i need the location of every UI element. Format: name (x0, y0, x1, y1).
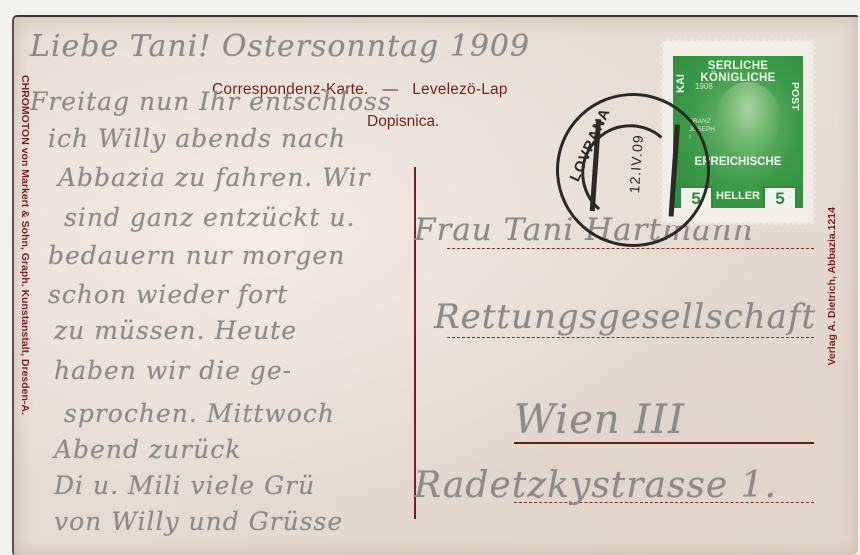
message-line: Di u. Mili viele Grü (54, 471, 315, 500)
address-line-1-rule (447, 248, 814, 249)
stamp-left-text: KAI (675, 74, 687, 93)
stamp-right-text: POST (789, 82, 801, 111)
message-line: zu müssen. Heute (54, 316, 297, 345)
address-line-2-rule (447, 337, 814, 338)
message-line: haben wir die ge- (54, 356, 292, 385)
printer-imprint: CHROMOTON von Markert & Sohn, Graph. Kun… (19, 75, 31, 415)
stamp-year: 1908 (695, 82, 713, 91)
stamp-value-right: 5 (763, 186, 797, 208)
message-line: Abbazia zu fahren. Wir (58, 163, 370, 192)
message-line: Freitag nun Ihr entschloss (30, 87, 392, 116)
address-institution: Rettungsgesellschaft (434, 297, 816, 337)
message-line: von Willy und Grüsse (54, 507, 343, 536)
stamp-denomination: HELLER (713, 190, 763, 202)
message-line: schon wieder fort (48, 280, 288, 309)
title-hungarian: Levelezö-Lap (412, 81, 507, 99)
address-city: Wien III (514, 397, 685, 443)
stamp-top-text: SERLICHE KÖNIGLICHE (673, 60, 803, 84)
message-line: Abend zurück (54, 435, 241, 464)
message-line: bedauern nur morgen (48, 241, 345, 270)
publisher-imprint: Verlag A. Dietrich, Abbazia.1214 (826, 207, 838, 366)
emperor-portrait-icon (715, 82, 781, 160)
message-line: sind ganz entzückt u. (64, 203, 355, 232)
postcard: Correspondenz-Karte.—Levelezö-Lap Dopisn… (12, 15, 858, 555)
message-line: ich Willy abends nach (48, 124, 346, 153)
message-line: sprochen. Mittwoch (64, 399, 335, 428)
message-line: Liebe Tani! Ostersonntag 1909 (30, 29, 530, 64)
address-street: Radetzkystrasse 1. (414, 465, 777, 506)
